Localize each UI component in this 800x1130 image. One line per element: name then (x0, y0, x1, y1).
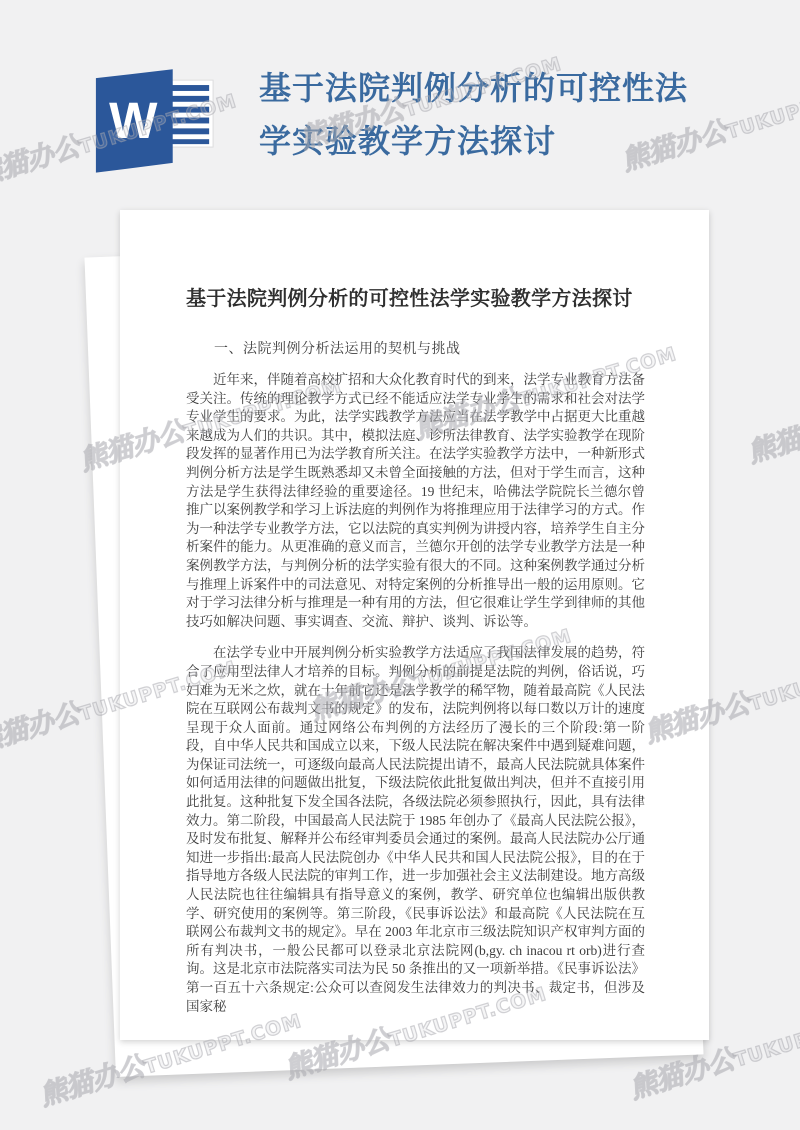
header: W 基于法院判例分析的可控性法学实验教学方法探讨 (0, 0, 800, 210)
word-icon-sheet (166, 80, 213, 147)
document-page: 基于法院判例分析的可控性法学实验教学方法探讨 一、法院判例分析法运用的契机与挑战… (120, 210, 709, 1040)
document-body: 近年来，伴随着高校扩招和大众化教育时代的到来，法学专业教育方法备受关注。传统的理… (186, 371, 645, 1016)
word-icon: W (90, 63, 218, 177)
watermark-brand-cjk: 熊猫办公 (0, 698, 83, 758)
watermark-tile-6: 熊猫办公TUKUPPT.COM (742, 354, 800, 471)
document-paragraph-2: 在法学专业中开展判例分析实验教学方法适应了我国法律发展的趋势，符合了应用型法律人… (186, 644, 645, 1016)
document-section-heading: 一、法院判例分析法运用的契机与挑战 (186, 338, 645, 358)
watermark-brand-latin: TUKUPPT.COM (747, 647, 800, 716)
document-title: 基于法院判例分析的可控性法学实验教学方法探讨 (186, 282, 645, 311)
word-icon-letter: W (109, 92, 158, 149)
watermark-brand-cjk: 熊猫办公 (744, 408, 800, 468)
watermark-brand-latin: TUKUPPT.COM (732, 1003, 800, 1072)
header-title: 基于法院判例分析的可控性法学实验教学方法探讨 (259, 62, 705, 168)
document-paragraph-1: 近年来，伴随着高校扩招和大众化教育时代的到来，法学专业教育方法备受关注。传统的理… (186, 371, 645, 631)
